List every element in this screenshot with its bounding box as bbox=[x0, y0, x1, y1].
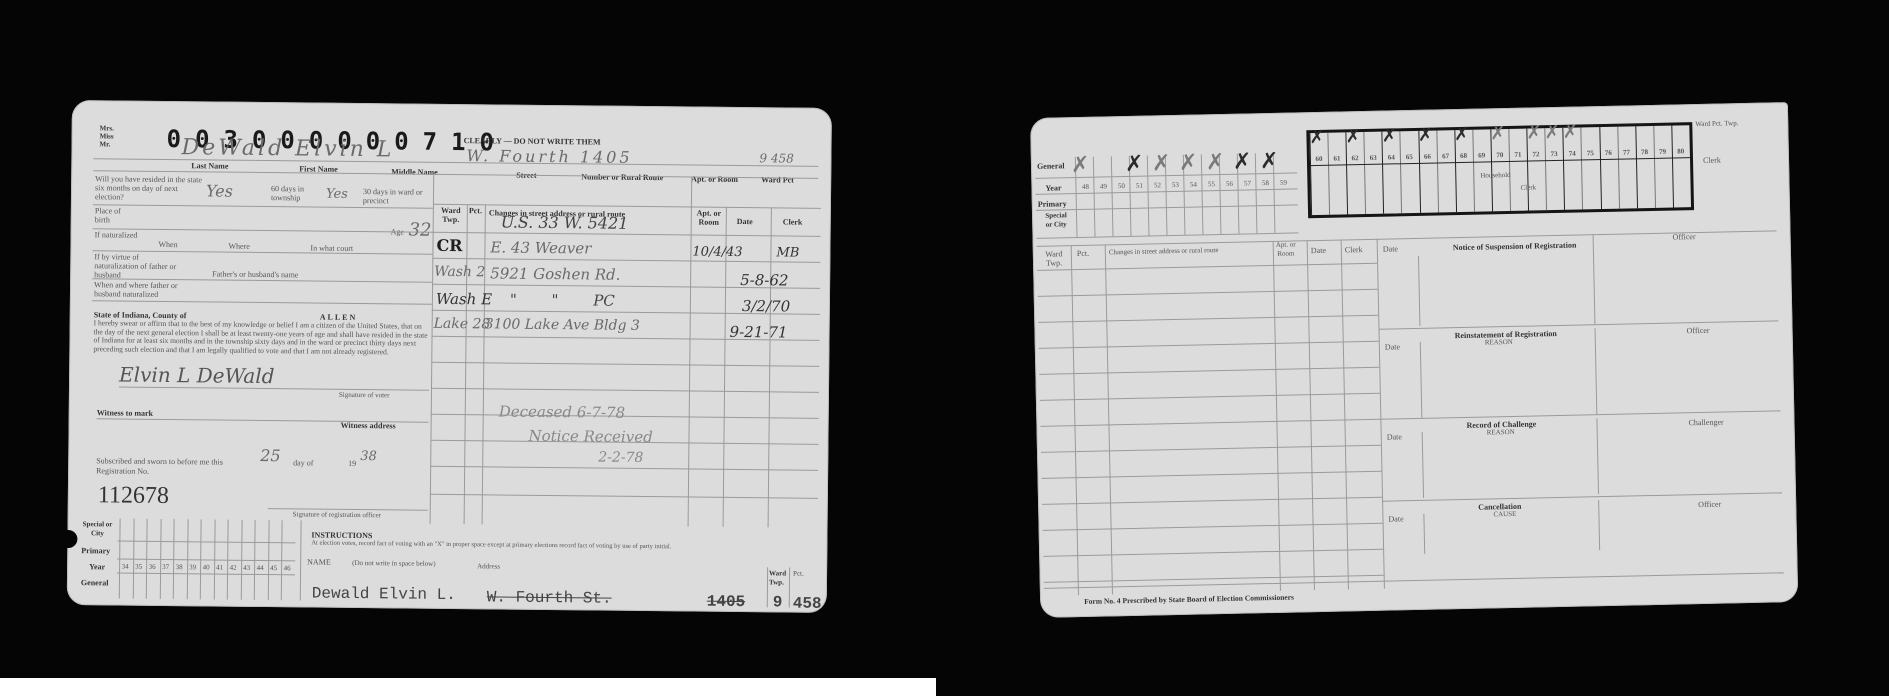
year-cell: 65 bbox=[1401, 153, 1417, 161]
label-year: 19 bbox=[348, 459, 356, 468]
year-cell: 67 bbox=[1437, 152, 1453, 160]
label-officer-signature: Signature of registration officer bbox=[293, 510, 381, 520]
label-pct-bottom: Pct. bbox=[793, 570, 804, 579]
typed-ward: 9 bbox=[773, 593, 783, 611]
year-cell: 49 bbox=[1095, 182, 1111, 190]
year-cell: 51 bbox=[1131, 182, 1147, 190]
header-instruction: CLEARLY — DO NOT WRITE THEM bbox=[464, 136, 601, 146]
grid-label-primary: Primary bbox=[81, 546, 110, 555]
back-changes-rows bbox=[1030, 102, 1788, 118]
white-margin-strip bbox=[0, 678, 936, 696]
x-mark-icon: ✗ bbox=[1309, 127, 1325, 148]
x-mark-icon: ✗ bbox=[1454, 124, 1470, 145]
handwritten-year: 38 bbox=[360, 449, 377, 464]
x-mark-icon: ✗ bbox=[1418, 125, 1434, 146]
year-cell: 61 bbox=[1329, 154, 1345, 162]
punch-hole bbox=[59, 530, 77, 548]
year-cell: 72 bbox=[1528, 150, 1544, 158]
year-cell: 79 bbox=[1655, 148, 1671, 156]
table-row bbox=[1037, 263, 1377, 271]
note-date: 2-2-78 bbox=[598, 450, 643, 466]
label-resided-question: Will you have resided in the state six m… bbox=[95, 174, 205, 202]
front-year-grid: 34353637383940414243444546 bbox=[72, 100, 832, 108]
handwritten-day: 25 bbox=[260, 446, 281, 465]
table-row bbox=[1043, 549, 1383, 557]
label-fathers-name: Father's or husband's name bbox=[212, 269, 298, 279]
label-where: Where bbox=[228, 242, 249, 251]
label-ward-twp-bottom: Ward Twp. bbox=[769, 569, 787, 587]
th-clerk: Clerk bbox=[783, 217, 803, 226]
x-mark-icon: ✗ bbox=[1125, 152, 1144, 177]
x-mark-icon: ✗ bbox=[1526, 122, 1542, 143]
reinstatement-th-reason: REASON bbox=[1485, 338, 1513, 348]
table-row bbox=[1039, 341, 1379, 349]
grid-label-household: Household bbox=[1480, 171, 1511, 181]
table-row bbox=[1039, 367, 1379, 375]
back-label-special: Special or City bbox=[1042, 211, 1070, 230]
label-name: NAME bbox=[307, 557, 331, 566]
vote-marks: ✗✗✗✗✗✗✗ bbox=[1030, 102, 1788, 118]
table-row bbox=[1043, 523, 1383, 531]
label-registration-no: Registration No. bbox=[96, 466, 149, 476]
x-mark-icon: ✗ bbox=[1206, 150, 1225, 175]
table-row bbox=[1041, 445, 1381, 453]
back-th-ward: Ward Twp. bbox=[1041, 249, 1067, 268]
label-subscribed: Subscribed and sworn to before me this bbox=[96, 456, 223, 466]
suspension-th-date: Date bbox=[1383, 244, 1398, 253]
challenge-th-challenger: Challenger bbox=[1688, 418, 1723, 428]
reinstatement-th-officer: Officer bbox=[1687, 326, 1710, 335]
challenge-th-reason: REASON bbox=[1487, 428, 1515, 438]
table-row: Wash E " " PC 3/2/70 bbox=[72, 100, 832, 108]
x-mark-icon: ✗ bbox=[1179, 151, 1198, 176]
x-mark-icon: ✗ bbox=[1490, 123, 1506, 144]
table-row: CR E. 43 Weaver 10/4/43 MB bbox=[72, 100, 832, 108]
year-cell: 62 bbox=[1347, 154, 1363, 162]
year-cell: 60 bbox=[1311, 155, 1327, 163]
table-row: Wash 2 5921 Goshen Rd. 5-8-62 bbox=[72, 100, 832, 108]
year-cell: 54 bbox=[1185, 180, 1201, 188]
vote-history-grid: 60✗6162✗6364✗6566✗6768✗6970✗7172✗73✗74✗7… bbox=[1306, 122, 1694, 218]
year-cell: 48 bbox=[1077, 183, 1093, 191]
back-th-clerk: Clerk bbox=[1345, 245, 1363, 254]
cancellation-th-cause: CAUSE bbox=[1493, 510, 1516, 519]
voter-registration-card-front: 003000000710 CLEARLY — DO NOT WRITE THEM… bbox=[67, 100, 832, 613]
back-footer: Form No. 4 Prescribed by State Board of … bbox=[1084, 593, 1294, 606]
year-cell: 77 bbox=[1618, 148, 1634, 156]
x-mark-icon: ✗ bbox=[1544, 122, 1560, 143]
year-cell: 68 bbox=[1456, 152, 1472, 160]
back-th-changes: Changes in street address or rural route bbox=[1109, 246, 1219, 257]
x-mark-icon: ✗ bbox=[1345, 126, 1361, 147]
label-days-ward: 30 days in ward or precinct bbox=[363, 187, 431, 206]
year-cell: 50 bbox=[1113, 182, 1129, 190]
answer-age: 32 bbox=[409, 220, 432, 241]
cancellation-th-date: Date bbox=[1388, 514, 1403, 523]
table-row bbox=[1042, 471, 1382, 479]
grid-label-special: Special or City bbox=[81, 520, 113, 538]
voter-registration-card-back: General Year Primary Special or City 484… bbox=[1030, 102, 1798, 618]
table-row bbox=[1040, 393, 1380, 401]
year-cell: 53 bbox=[1167, 181, 1183, 189]
typed-name: Dewald Elvin L. bbox=[312, 585, 456, 605]
challenge-th-date: Date bbox=[1387, 432, 1402, 441]
back-ward-pct-label: Ward Pct. Twp. bbox=[1695, 119, 1745, 129]
back-label-general: General bbox=[1037, 161, 1065, 171]
table-row bbox=[1040, 419, 1380, 427]
th-apt-room: Apt. or Room bbox=[693, 209, 725, 227]
year-cell: 63 bbox=[1365, 154, 1381, 162]
table-row bbox=[1038, 289, 1378, 297]
back-th-apt: Apt. or Room bbox=[1273, 240, 1299, 259]
registration-number: 112678 bbox=[98, 482, 169, 510]
back-label-year: Year bbox=[1045, 183, 1061, 192]
x-mark-icon: ✗ bbox=[1563, 122, 1579, 143]
label-do-not-write: (Do not write in space below) bbox=[352, 559, 435, 569]
year-cell: 55 bbox=[1203, 180, 1219, 188]
back-year-grid-left: 484950515253545556575859 bbox=[1030, 102, 1788, 118]
back-th-pct: Pct. bbox=[1077, 249, 1089, 258]
label-in-what-court: In what court bbox=[310, 244, 353, 253]
suspension-th-officer: Officer bbox=[1673, 232, 1696, 241]
label-signature-voter: Signature of voter bbox=[339, 391, 390, 401]
year-cell: 59 bbox=[1275, 179, 1291, 187]
note-notice: Notice Received bbox=[528, 427, 652, 446]
answer-resided: Yes bbox=[206, 181, 233, 200]
x-mark-icon: ✗ bbox=[1152, 151, 1171, 176]
cancellation-th-officer: Officer bbox=[1698, 500, 1721, 509]
x-mark-icon: ✗ bbox=[1260, 149, 1279, 174]
th-ward-twp: Ward Twp. bbox=[437, 206, 465, 224]
back-clerk-label: Clerk bbox=[1703, 156, 1721, 165]
back-label-primary: Primary bbox=[1038, 199, 1067, 209]
year-cell: 78 bbox=[1636, 148, 1652, 156]
label-when-where-father: When and where father or husband natural… bbox=[94, 280, 204, 299]
x-mark-icon: ✗ bbox=[1071, 153, 1090, 178]
handwritten-name: DeWald Elvin L bbox=[181, 135, 394, 162]
note-deceased: Deceased 6-7-78 bbox=[499, 402, 626, 421]
year-cell: 57 bbox=[1239, 179, 1255, 187]
table-row: U.S. 33 W. 5421 bbox=[72, 100, 832, 108]
instructions-text: At election votes, record fact of voting… bbox=[311, 540, 731, 551]
year-cell: 74 bbox=[1564, 149, 1580, 157]
handwritten-ward-pct: 9 458 bbox=[759, 151, 794, 165]
label-number-route: Number or Rural Route bbox=[581, 172, 663, 182]
year-cell: 75 bbox=[1582, 149, 1598, 157]
grid-label-year: Year bbox=[89, 562, 105, 571]
th-date: Date bbox=[737, 217, 753, 226]
label-days-township: 60 days in township bbox=[271, 184, 321, 203]
label-witness-address: Witness address bbox=[341, 421, 396, 431]
prefix-mr: Mr. bbox=[99, 140, 110, 149]
year-cell: 64 bbox=[1383, 153, 1399, 161]
year-cell: 73 bbox=[1546, 150, 1562, 158]
grid-label-clerk: Clerk bbox=[1520, 183, 1536, 192]
voter-signature: Elvin L DeWald bbox=[119, 363, 275, 389]
year-cell: 66 bbox=[1419, 153, 1435, 161]
suspension-title: Notice of Suspension of Registration bbox=[1453, 241, 1577, 253]
label-if-naturalized: If naturalized bbox=[95, 230, 145, 240]
x-mark-icon: ✗ bbox=[1233, 149, 1252, 174]
th-pct: Pct. bbox=[469, 206, 482, 215]
year-cell: 80 bbox=[1673, 147, 1689, 155]
year-cell: 69 bbox=[1474, 151, 1490, 159]
typed-pct: 458 bbox=[793, 595, 822, 613]
label-address: Address bbox=[477, 562, 500, 571]
year-cell: 52 bbox=[1149, 181, 1165, 189]
label-place-of-birth: Place of birth bbox=[95, 206, 135, 224]
reinstatement-th-date: Date bbox=[1385, 342, 1400, 351]
table-row bbox=[1042, 497, 1382, 505]
label-by-virtue: If by virtue of naturalization of father… bbox=[94, 252, 184, 280]
year-cell: 56 bbox=[1221, 180, 1237, 188]
back-th-date: Date bbox=[1311, 246, 1326, 255]
grid-label-general: General bbox=[81, 578, 109, 587]
label-middle-name: Middle Name bbox=[391, 167, 438, 176]
typed-street: W. Fourth St. bbox=[487, 588, 612, 607]
label-when: When bbox=[158, 240, 177, 249]
label-day-of: day of bbox=[293, 458, 313, 467]
year-cell: 76 bbox=[1600, 149, 1616, 157]
year-cell: 71 bbox=[1510, 151, 1526, 159]
table-row: Lake 28 3100 Lake Ave Bldg 3 9-21-71 bbox=[72, 100, 832, 108]
table-row bbox=[1038, 315, 1378, 323]
answer-township: Yes bbox=[326, 187, 348, 202]
label-last-name: Last Name bbox=[191, 161, 228, 170]
year-cell: 70 bbox=[1492, 151, 1508, 159]
oath-text: I hereby swear or affirm that to the bes… bbox=[93, 319, 428, 357]
year-cell: 58 bbox=[1257, 179, 1273, 187]
typed-number: 1405 bbox=[707, 593, 746, 611]
x-mark-icon: ✗ bbox=[1382, 125, 1398, 146]
label-witness-mark: Witness to mark bbox=[97, 408, 153, 418]
